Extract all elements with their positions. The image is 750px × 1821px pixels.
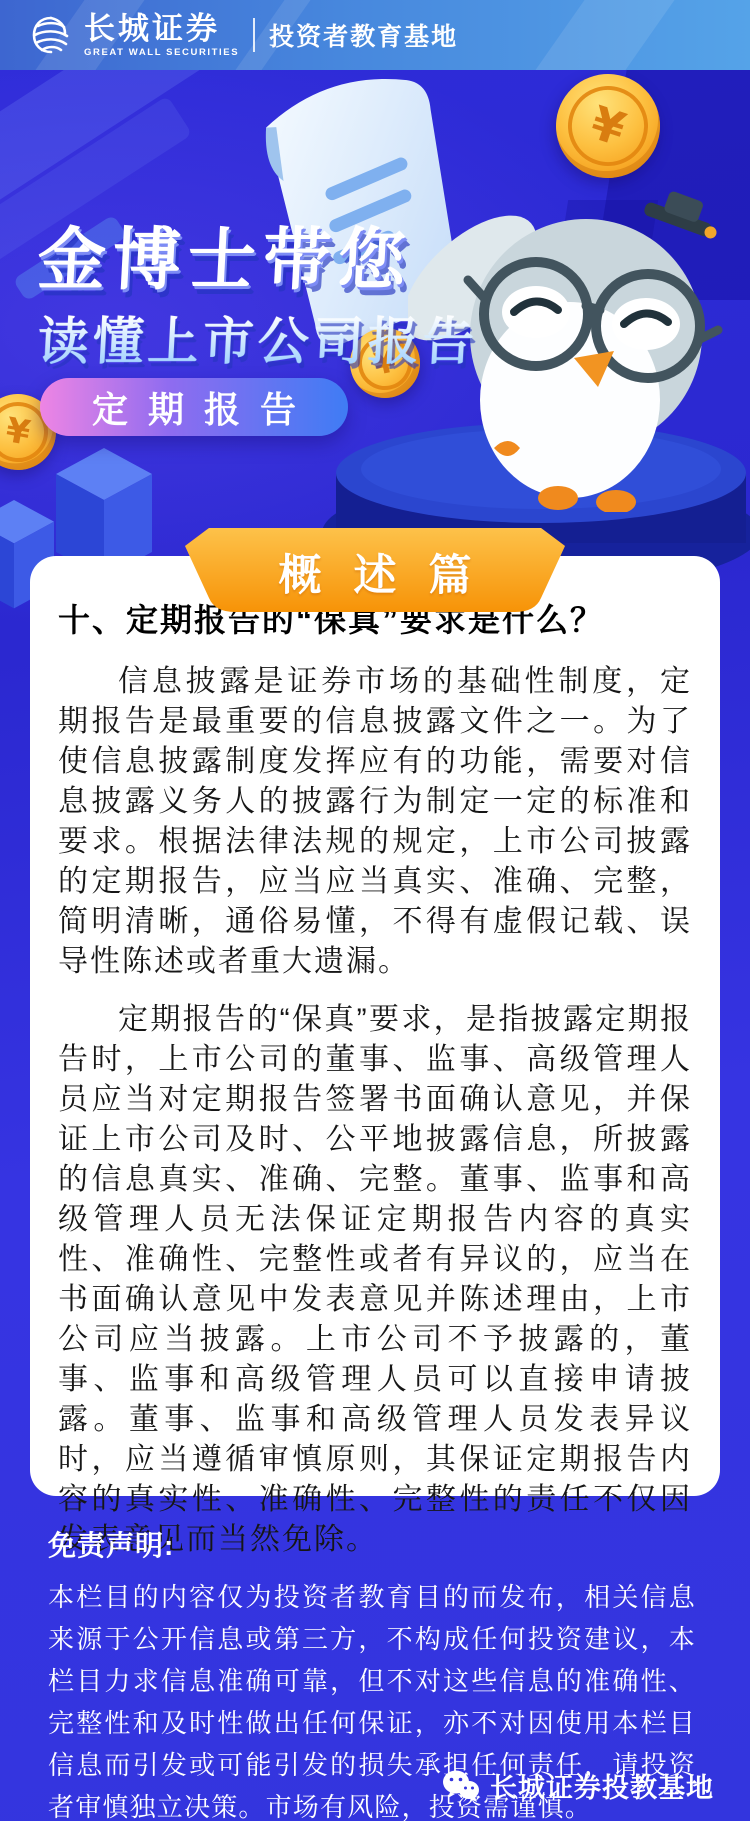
article-card: 十、定期报告的“保真”要求是什么？ 信息披露是证券市场的基础性制度，定期报告是最… [30, 556, 720, 1496]
poster-page: 长城证券 GREAT WALL SECURITIES 投资者教育基地 [0, 0, 750, 1821]
hero-title-line1: 金博士带您 [35, 206, 415, 303]
report-type-tag: 定期报告 [40, 378, 348, 436]
header-stripe [528, 0, 681, 70]
section-banner-label: 概述篇 [177, 542, 573, 603]
footer-account-name: 长城证券投教基地 [490, 1766, 714, 1805]
section-banner: 概述篇 [177, 526, 573, 614]
yuan-symbol: ¥ [558, 76, 659, 177]
hero-title-line2: 读懂上市公司报告 [36, 300, 480, 374]
article-paragraph: 信息披露是证券市场的基础性制度，定期报告是最重要的信息披露文件之一。为了使信息披… [58, 662, 692, 982]
disclaimer-title: 免责声明: [48, 1524, 696, 1564]
footer-wechat: 长城证券投教基地 [442, 1766, 714, 1805]
header-bar: 长城证券 GREAT WALL SECURITIES 投资者教育基地 [0, 0, 750, 70]
article-paragraph: 定期报告的“保真”要求，是指披露定期报告时，上市公司的董事、监事、高级管理人员应… [58, 1000, 692, 1560]
wechat-icon [442, 1769, 480, 1803]
sub-brand-label: 投资者教育基地 [269, 17, 458, 53]
